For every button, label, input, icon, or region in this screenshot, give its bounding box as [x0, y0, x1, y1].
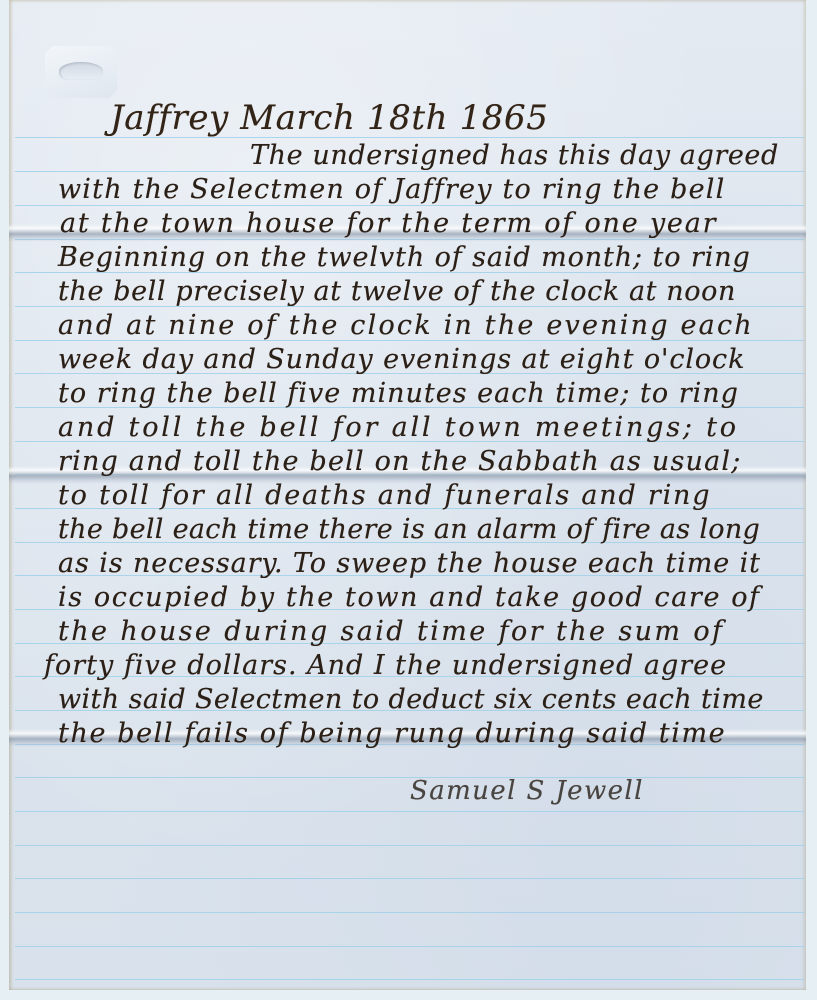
text-line: The undersigned has this day agreed — [250, 140, 779, 171]
rule-line — [15, 979, 804, 980]
text-line: to ring the bell five minutes each time;… — [58, 378, 739, 409]
signature: Samuel S Jewell — [410, 776, 644, 806]
rule-line — [15, 205, 804, 206]
rule-line — [15, 845, 804, 846]
text-line: week day and Sunday evenings at eight o'… — [58, 344, 745, 375]
text-line: at the town house for the term of one ye… — [60, 208, 717, 239]
rule-line — [15, 811, 804, 812]
text-line: Beginning on the twelvth of said month; … — [58, 242, 751, 273]
text-line: with said Selectmen to deduct six cents … — [58, 684, 764, 715]
rule-line — [15, 878, 804, 879]
text-line: and toll the bell for all town meetings;… — [58, 412, 739, 443]
rule-line — [15, 946, 804, 947]
text-line: forty five dollars. And I the undersigne… — [44, 650, 727, 681]
text-line: with the Selectmen of Jaffrey to ring th… — [58, 174, 725, 205]
text-line: the bell each time there is an alarm of … — [58, 514, 760, 545]
text-line: is occupied by the town and take good ca… — [58, 582, 761, 613]
rule-line — [15, 171, 804, 172]
text-line: ring and toll the bell on the Sabbath as… — [58, 446, 742, 477]
text-line: the bell precisely at twelve of the cloc… — [58, 276, 736, 307]
rule-line — [15, 912, 804, 913]
text-line: and at nine of the clock in the evening … — [58, 310, 754, 341]
text-line: to toll for all deaths and funerals and … — [58, 480, 711, 511]
document-heading: Jaffrey March 18th 1865 — [110, 98, 549, 138]
text-line: as is necessary. To sweep the house each… — [58, 548, 761, 579]
text-line: the bell fails of being rung during said… — [58, 718, 726, 749]
text-line: the house during said time for the sum o… — [58, 616, 724, 647]
